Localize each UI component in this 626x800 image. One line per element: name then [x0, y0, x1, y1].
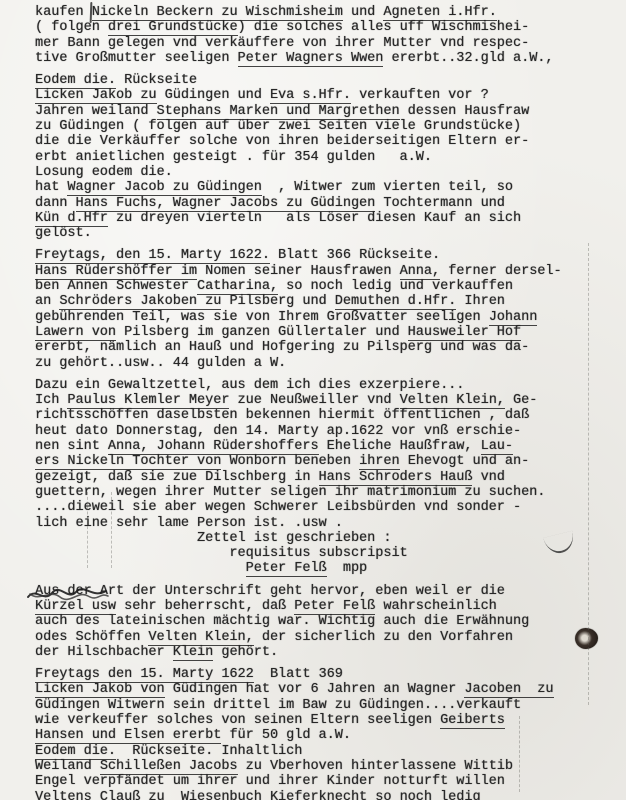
underlined-text: Lawern von: [35, 325, 116, 341]
text-line: Aus der Art der Unterschrift geht hervor…: [35, 584, 606, 599]
text-line: gebührenden Teil, was sie von Ihrem Groß…: [35, 310, 606, 325]
text-line: Lawern von Pilsberg im ganzen Güllertale…: [35, 325, 606, 340]
text-segment: Dazu ein Gewaltzettel, aus dem ich dies …: [35, 378, 464, 393]
text-line: dann Hans Fuchs, Wagner Jacobs zu Güding…: [35, 196, 606, 211]
text-segment: gebührenden Teil, was sie von Ihrem Groß…: [35, 310, 489, 325]
underlined-text: ers Nickeln Tochter von: [35, 454, 221, 470]
text-line: Hansen und Elsen ererbt für 50 gld a.W.: [35, 728, 606, 743]
underlined-text: Stephans Marken und Margrethen: [157, 104, 400, 120]
text-line: der Hilschbacher Klein gehört.: [35, 645, 606, 660]
text-segment: hat: [35, 180, 67, 195]
text-line: ....dieweil sie aber wegen Schwerer Leib…: [35, 500, 606, 515]
underlined-text: Eva s.Hfr.: [270, 88, 351, 104]
underlined-text: Paulus Klemler Meyer: [67, 393, 229, 409]
underlined-text: Velten Klein,: [148, 630, 253, 646]
underlined-text: ihren: [359, 454, 400, 470]
underlined-text: Anna,: [400, 264, 441, 280]
text-segment: Güdingen Witwern sein drittel im Baw zu …: [35, 698, 521, 713]
text-segment: zue Neußweiller vnd: [229, 393, 399, 408]
text-segment: ferner dersel-: [440, 264, 562, 279]
text-segment: lich eine sehr lame Person ist. .usw .: [35, 516, 343, 531]
text-line: ben Annen Schwester Catharina, so noch l…: [35, 279, 606, 294]
text-segment: Jahren weiland: [35, 104, 157, 119]
underlined-text: Catharina,: [197, 279, 278, 295]
text-segment: Tochtermann und: [375, 196, 505, 211]
underlined-text: Hausweiler Hof: [408, 325, 521, 341]
text-segment: für 50 gld a.W.: [221, 728, 351, 743]
text-line: kaufen Nickeln Beckern zu Wischmisheim u…: [35, 5, 606, 20]
text-line: gelöst.: [35, 226, 606, 241]
document-body: kaufen Nickeln Beckern zu Wischmisheim u…: [35, 5, 606, 800]
paragraph-1: kaufen Nickeln Beckern zu Wischmisheim u…: [35, 5, 606, 66]
text-segment: tive Großmutter seeligen: [35, 51, 238, 66]
text-segment: der sicherlich zu den Vorfahren: [254, 630, 513, 645]
text-segment: ( folgen: [35, 20, 108, 35]
text-segment: [35, 561, 246, 576]
text-segment: zu Vberhoven hinterlassene Wittib: [238, 759, 513, 774]
paragraph-4: Dazu ein Gewaltzettel, aus dem ich dies …: [35, 378, 606, 577]
text-line: zu Güdingen ( folgen auf über zwei Seite…: [35, 119, 606, 134]
text-line: Freytags, den 15. Marty 1622. Blatt 366 …: [35, 248, 606, 263]
text-line: ers Nickeln Tochter von Wonborn beneben …: [35, 454, 606, 469]
text-segment: Zettel ist geschrieben :: [35, 531, 391, 546]
underlined-text: Licken Jakob von: [35, 682, 165, 698]
text-line: Veltens Clauß zu Wiesenbuch Kieferknecht…: [35, 790, 606, 800]
text-line: Zettel ist geschrieben :: [35, 531, 606, 546]
underlined-text: Lau-: [481, 439, 513, 455]
underlined-text: Veltens Clauß zu: [35, 790, 165, 800]
text-line: hat Wagner Jacob zu Güdingen , Witwer zu…: [35, 180, 606, 195]
text-segment: Nomen seiner Hausfrawen: [197, 264, 400, 279]
text-segment: auch des lateinischen mächtig war. Wicht…: [35, 614, 529, 629]
fold-crease-mark: [588, 243, 589, 705]
underlined-text: Peter Wagners Wwen: [238, 51, 384, 67]
paragraph-5: Aus der Art der Unterschrift geht hervor…: [35, 584, 606, 660]
text-line: wie verkeuffer solches von seinen Eltern…: [35, 713, 606, 728]
underlined-text: Hans Schroders Hauß: [319, 470, 473, 486]
text-segment: Pilsberg im ganzen Güllertaler und: [116, 325, 408, 340]
paragraph-2: Eodem die. RückseiteLicken Jakob zu Güdi…: [35, 73, 606, 241]
text-line: Jahren weiland Stephans Marken und Margr…: [35, 104, 606, 119]
text-segment: Blatt 366 Rückseite.: [270, 248, 440, 263]
text-line: auch des lateinischen mächtig war. Wicht…: [35, 614, 606, 629]
text-segment: Rückseite: [116, 73, 197, 88]
fold-crease-mark: [87, 492, 88, 568]
text-line: Kün d.Hfr zu dreyen vierteln als Löser d…: [35, 211, 606, 226]
text-line: Kürzel usw sehr beherrscht, daß Peter Fe…: [35, 599, 606, 614]
text-segment: requisitus subscripsit: [35, 546, 408, 561]
text-segment: Pilsberg und: [221, 294, 334, 309]
paragraph-3: Freytags, den 15. Marty 1622. Blatt 366 …: [35, 248, 606, 370]
underlined-text: Kün d.Hfr: [35, 211, 108, 227]
text-line: Licken Jakob zu Güdingen und Eva s.Hfr. …: [35, 88, 606, 103]
fold-crease-mark: [111, 492, 112, 568]
underlined-text: Peter Felß: [246, 561, 327, 577]
text-segment: ererbt, nämlich an Hauß und Hofgering zu…: [35, 340, 529, 355]
text-line: Losung eodem die.: [35, 165, 606, 180]
underlined-text: Demuthen d.Hfr.: [335, 294, 457, 310]
text-segment: zu Güdingen ( folgen auf über zwei Seite…: [35, 119, 521, 134]
text-line: ererbt, nämlich an Hauß und Hofgering zu…: [35, 340, 606, 355]
handwritten-crossout-mark: [26, 583, 110, 605]
text-line: guettern, wegen ihrer Mutter seligen ihr…: [35, 485, 606, 500]
text-line: die die Verkäuffer solche von ihren beid…: [35, 134, 606, 149]
text-segment: vnd: [472, 470, 504, 485]
text-segment: mer Bann gelegen vnd verkäuffere von ihr…: [35, 36, 529, 51]
text-segment: mpp: [327, 561, 368, 576]
text-segment: odes Schöffen: [35, 630, 148, 645]
text-line: Weiland Schilleßen Jacobs zu Vberhoven h…: [35, 759, 606, 774]
text-line: nen sint Anna, Johann Rüdershoffers Ehel…: [35, 439, 606, 454]
text-segment: Rückseite. Inhaltlich: [116, 744, 302, 759]
text-line: Dazu ein Gewaltzettel, aus dem ich dies …: [35, 378, 606, 393]
text-segment: zu dreyen vierteln als Löser diesen Kauf…: [108, 211, 521, 226]
text-segment: Wiesenbuch Kieferknecht so noch ledig: [165, 790, 481, 800]
underlined-text: Freytags, den 15. Marty 1622.: [35, 248, 270, 264]
text-segment: wie verkeuffer solches von seinen Eltern…: [35, 713, 440, 728]
underlined-text: Jacoben zu: [464, 682, 553, 698]
text-segment: gelöst.: [35, 226, 92, 241]
text-segment: zu gehört..usw.. 44 gulden a W.: [35, 356, 286, 371]
text-segment: ererbt..32.gld a.W.,: [383, 51, 553, 66]
underlined-text: Velten Klein,: [400, 393, 505, 409]
text-segment: und: [343, 5, 384, 20]
underlined-text: Nickeln Beckern zu Wischmisheim: [92, 5, 343, 21]
text-line: mer Bann gelegen vnd verkäuffere von ihr…: [35, 36, 606, 51]
text-segment: an: [35, 294, 59, 309]
underlined-text: Geiberts: [440, 713, 505, 729]
text-line: odes Schöffen Velten Klein, der sicherli…: [35, 630, 606, 645]
text-segment: Güdingen hat vor 6 Jahren an Wagner: [165, 682, 465, 697]
text-line: tive Großmutter seeligen Peter Wagners W…: [35, 51, 606, 66]
text-line: heut dato Donnerstag, den 14. Marty ap.1…: [35, 424, 606, 439]
text-line: zu gehört..usw.. 44 gulden a W.: [35, 356, 606, 371]
text-line: Eodem die. Rückseite: [35, 73, 606, 88]
text-segment: Wonborn beneben: [221, 454, 359, 469]
text-line: Engel verpfändet um ihrer und ihrer Kind…: [35, 774, 606, 789]
text-segment: , Witwer zum vierten teil, so: [262, 180, 513, 195]
text-line: Güdingen Witwern sein drittel im Baw zu …: [35, 698, 606, 713]
text-line: requisitus subscripsit: [35, 546, 606, 561]
text-segment: ben Annen Schwester: [35, 279, 197, 294]
text-line: Peter Felß mpp: [35, 561, 606, 576]
underlined-text: Licken Jakob zu: [35, 88, 157, 104]
text-segment: dessen Hausfraw: [400, 104, 530, 119]
underlined-text: Johann: [489, 310, 538, 326]
underlined-text: Hans Fuchs, Wagner Jacobs zu Güdingen: [76, 196, 376, 212]
text-segment: Ehevogt und an-: [400, 454, 530, 469]
text-segment: verkauften vor ?: [351, 88, 489, 103]
text-segment: sehr beherrscht, daß: [116, 599, 294, 614]
text-segment: dann: [35, 196, 76, 211]
text-segment: richtsschöffen daselbsten bekennen hierm…: [35, 408, 529, 423]
text-line: gezeigt, daß sie zue Dilschberg in Hans …: [35, 470, 606, 485]
underlined-text: Schilleßen Jacobs: [100, 759, 238, 775]
text-segment: Ihren: [456, 294, 505, 309]
text-segment: die die Verkäuffer solche von ihren beid…: [35, 134, 529, 149]
text-segment: erbt anietlichen gesteigt . für 354 guld…: [35, 150, 432, 165]
text-line: lich eine sehr lame Person ist. .usw .: [35, 516, 606, 531]
text-segment: gezeigt, daß sie zue Dilschberg in: [35, 470, 319, 485]
text-line: Hans Rüdershöffer im Nomen seiner Hausfr…: [35, 264, 606, 279]
underlined-text: Klein: [173, 645, 214, 661]
text-segment: der Hilschbacher: [35, 645, 173, 660]
text-line: erbt anietlichen gesteigt . für 354 guld…: [35, 150, 606, 165]
text-line: Ich Paulus Klemler Meyer zue Neußweiller…: [35, 393, 606, 408]
text-line: richtsschöffen daselbsten bekennen hierm…: [35, 408, 606, 423]
underlined-text: Eodem die.: [35, 73, 116, 89]
underlined-text: Peter Felß: [294, 599, 375, 615]
text-segment: Blatt 369: [254, 667, 343, 682]
scanned-document-page: { "page": { "paper_color": "#f1f0ec", "i…: [0, 0, 626, 800]
text-segment: ....dieweil sie aber wegen Schwerer Leib…: [35, 500, 521, 515]
text-line: Freytags den 15. Marty 1622 Blatt 369: [35, 667, 606, 682]
text-segment: gehört.: [213, 645, 278, 660]
text-segment: Eheliche Haußfraw,: [319, 439, 481, 454]
text-segment: heut dato Donnerstag, den 14. Marty ap.1…: [35, 424, 521, 439]
text-segment: Engel verpfändet um ihrer und ihrer Kind…: [35, 774, 505, 789]
underlined-text: Anna, Johann Rüdershoffers: [108, 439, 319, 455]
underlined-text: Freytags den 15. Marty 1622: [35, 667, 254, 683]
text-segment: Weiland: [35, 759, 100, 774]
underlined-text: Eodem die.: [35, 744, 116, 760]
text-line: ( folgen drei Grundstücke) die solches a…: [35, 20, 606, 35]
text-segment: Ge-: [505, 393, 537, 408]
text-line: Eodem die. Rückseite. Inhaltlich: [35, 744, 606, 759]
text-segment: kaufen: [35, 5, 92, 20]
text-segment: so noch ledig und verkauffen: [278, 279, 513, 294]
underlined-text: Schröders Jakoben zu: [59, 294, 221, 310]
underlined-text: Hansen und Elsen ererbt: [35, 728, 221, 744]
underlined-text: drei Grundstücke: [108, 20, 238, 36]
underlined-text: Hans Rüdershöffer im: [35, 264, 197, 280]
text-segment: nen sint: [35, 439, 108, 454]
text-line: an Schröders Jakoben zu Pilsberg und Dem…: [35, 294, 606, 309]
paragraph-6: Freytags den 15. Marty 1622 Blatt 369Lic…: [35, 667, 606, 800]
underlined-text: Agneten i.Hfr.: [383, 5, 496, 21]
text-segment: Losung eodem die.: [35, 165, 173, 180]
fold-crease-mark: [519, 716, 520, 792]
text-segment: Ich: [35, 393, 67, 408]
text-segment: wahrscheinlich: [375, 599, 497, 614]
text-line: Licken Jakob von Güdingen hat vor 6 Jahr…: [35, 682, 606, 697]
text-segment: ) die solches alles uff Wischmishei-: [238, 20, 530, 35]
underlined-text: Wagner Jacob zu Güdingen: [67, 180, 261, 196]
text-segment: Güdingen und: [157, 88, 270, 103]
